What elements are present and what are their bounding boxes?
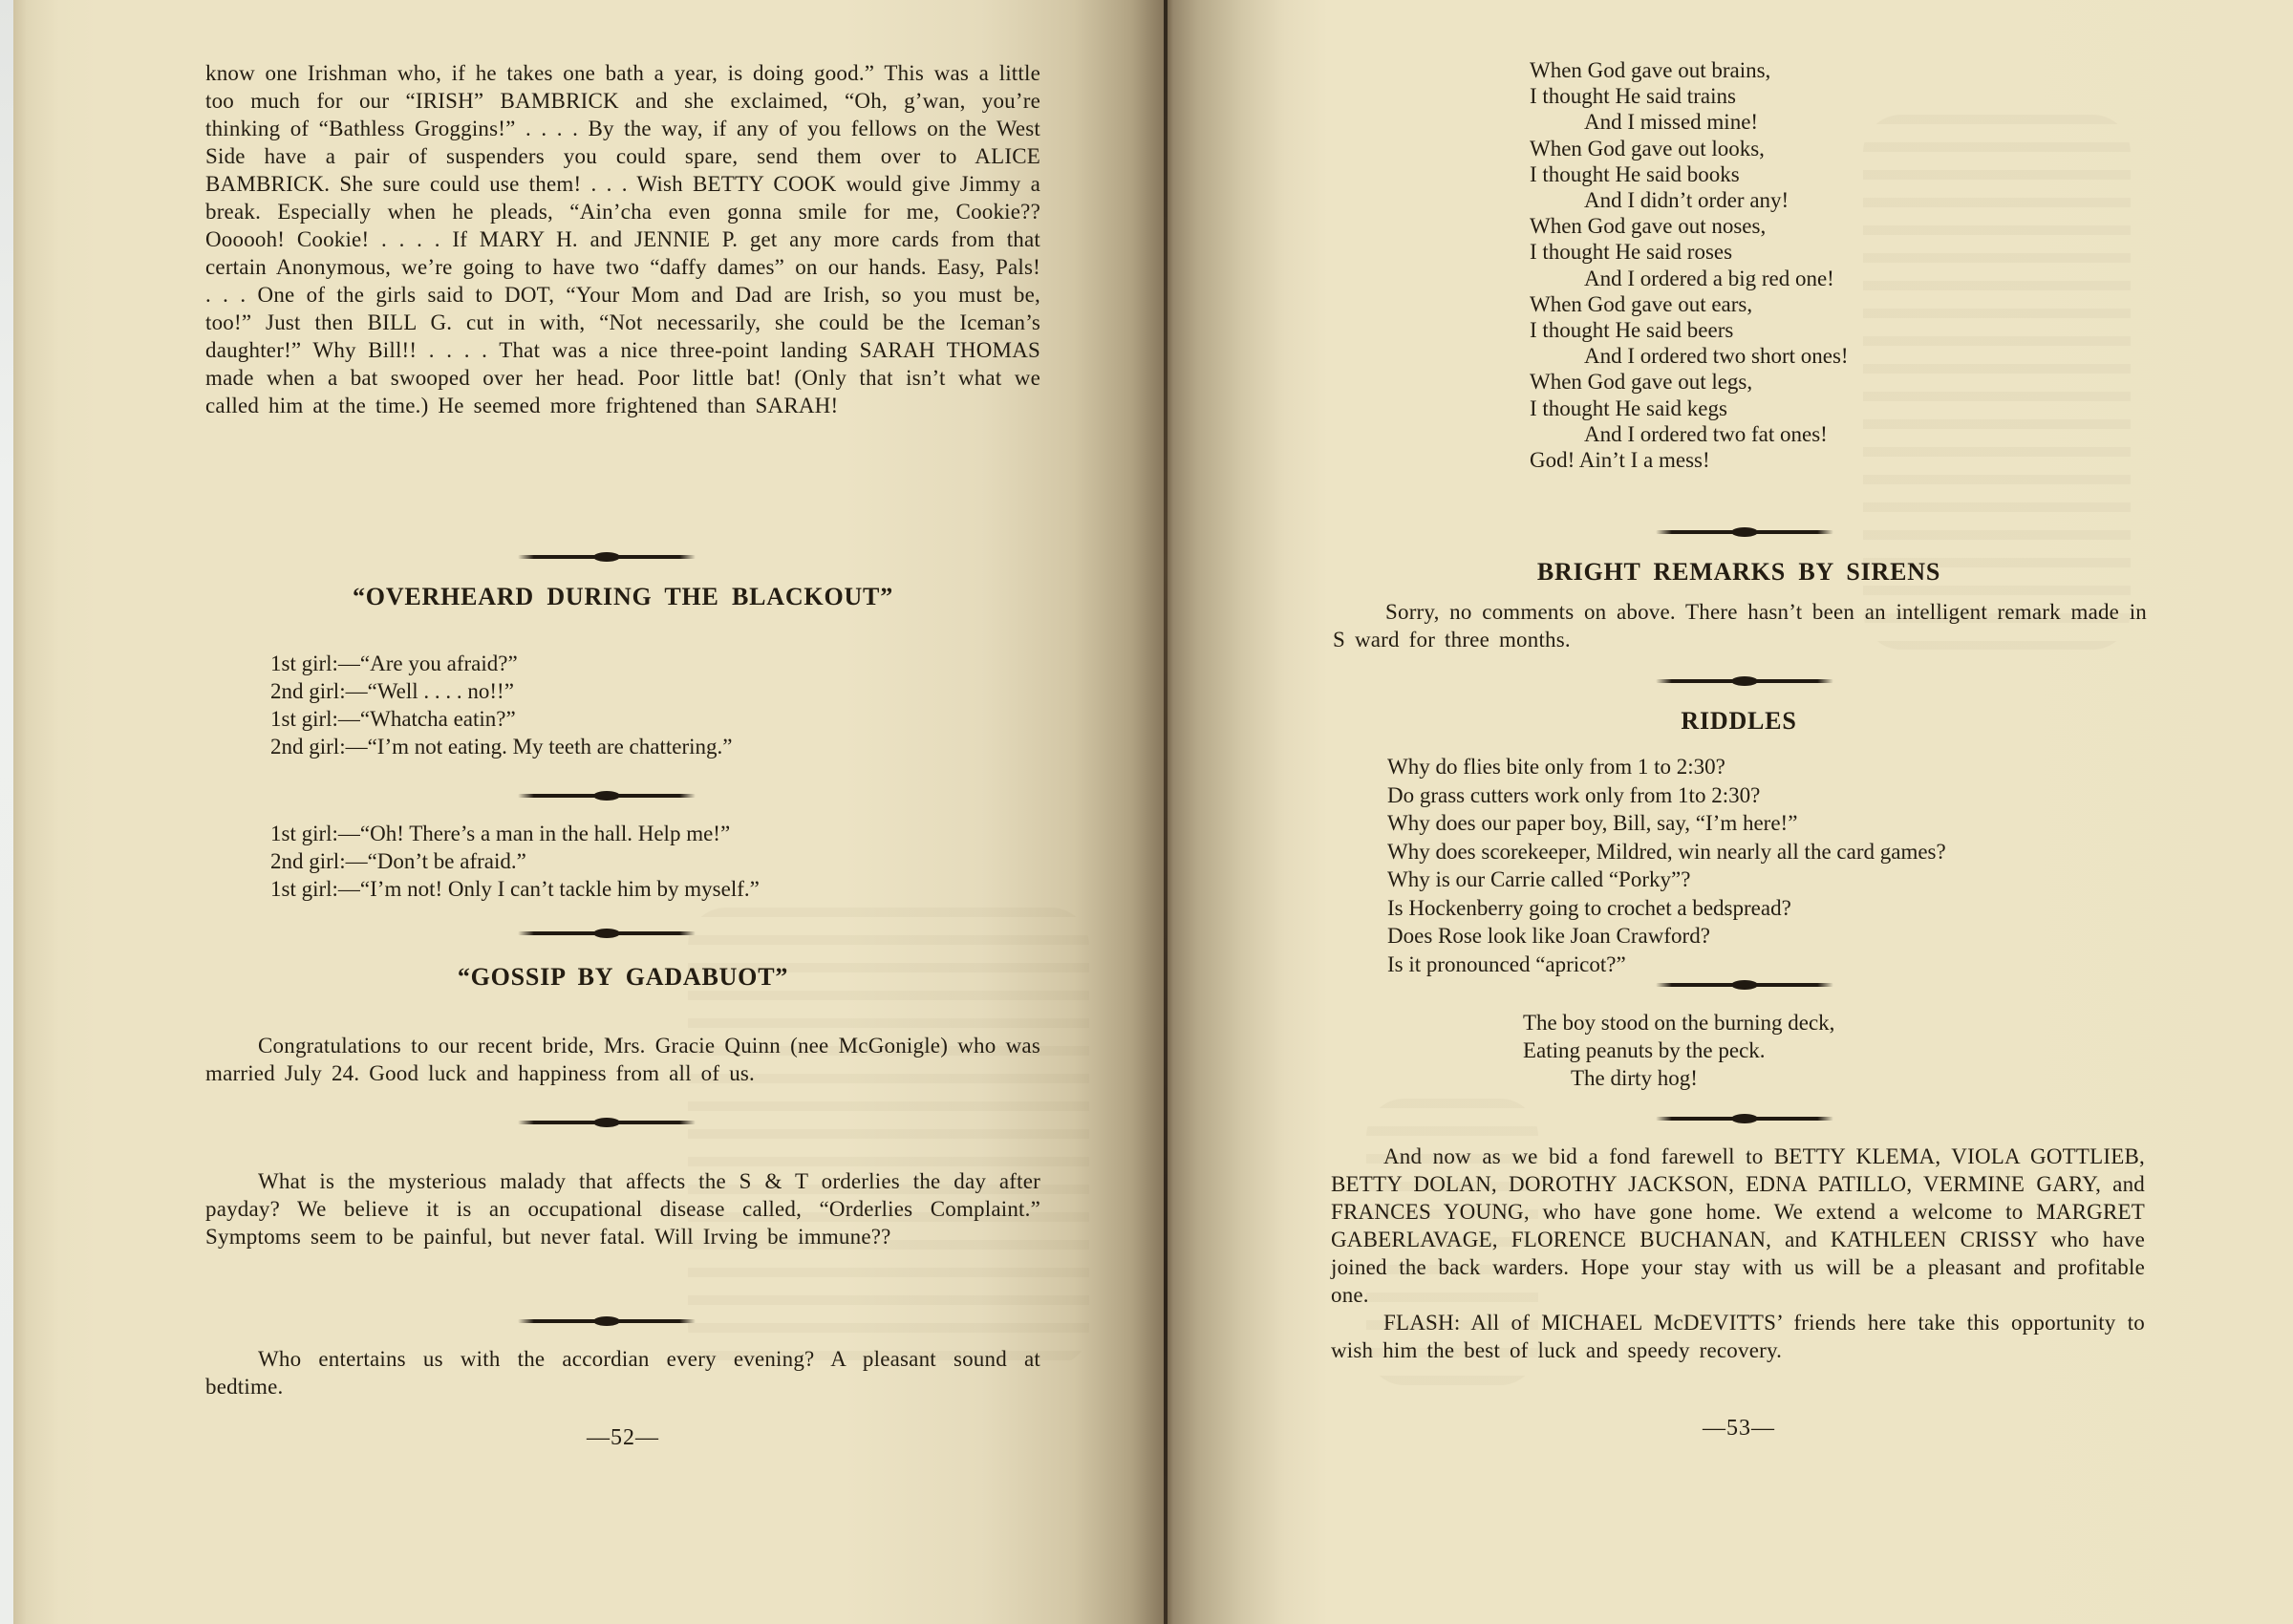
riddles-heading: RIDDLES — [1333, 707, 2145, 736]
gossip-paragraph: Congratulations to our recent bride, Mrs… — [205, 1032, 1040, 1087]
book-scan: know one Irishman who, if he takes one b… — [0, 0, 2293, 1624]
riddle-line: Does Rose look like Joan Crawford? — [1387, 922, 1946, 951]
section-divider — [518, 552, 696, 562]
blackout-dialogue-1: 1st girl:—“Are you afraid?”2nd girl:—“We… — [270, 650, 732, 760]
poem-line: I thought He said beers — [1530, 317, 1849, 343]
dialogue-line: 1st girl:—“Whatcha eatin?” — [270, 705, 732, 733]
section-divider — [1656, 1114, 1833, 1123]
poem-line: And I missed mine! — [1584, 109, 1849, 135]
riddle-line: Why is our Carrie called “Porky”? — [1387, 865, 1946, 894]
poem-line: I thought He said books — [1530, 161, 1849, 187]
section-divider — [518, 791, 696, 801]
riddle-line: Is Hockenberry going to crochet a bedspr… — [1387, 894, 1946, 923]
riddle-line: Do grass cutters work only from 1to 2:30… — [1387, 781, 1946, 810]
dialogue-line: 2nd girl:—“Don’t be afraid.” — [270, 847, 760, 875]
riddles-list: Why do flies bite only from 1 to 2:30?Do… — [1387, 753, 1946, 978]
poem-line: And I ordered two fat ones! — [1584, 421, 1849, 447]
book-gutter — [1164, 0, 1168, 1624]
dialogue-line: 2nd girl:—“Well . . . . no!!” — [270, 677, 732, 705]
riddle-line: Why do flies bite only from 1 to 2:30? — [1387, 753, 1946, 781]
flash-paragraph: FLASH: All of MICHAEL McDEVITTS’ friends… — [1331, 1309, 2145, 1364]
section-divider — [518, 929, 696, 938]
page-number-53: —53— — [1333, 1416, 2145, 1442]
scanner-edge — [0, 0, 13, 1624]
poem-line: I thought He said trains — [1530, 83, 1849, 109]
intro-paragraph: know one Irishman who, if he takes one b… — [205, 59, 1040, 419]
poem: When God gave out brains,I thought He sa… — [1530, 57, 1849, 473]
dialogue-line: 2nd girl:—“I’m not eating. My teeth are … — [270, 733, 732, 760]
burning-deck-verse: The boy stood on the burning deck,Eating… — [1523, 1009, 1834, 1092]
poem-line: I thought He said kegs — [1530, 395, 1849, 421]
dialogue-line: 1st girl:—“I’m not! Only I can’t tackle … — [270, 875, 760, 903]
poem-line: I thought He said roses — [1530, 239, 1849, 265]
poem-line: When God gave out looks, — [1530, 136, 1849, 161]
farewell-paragraph: And now as we bid a fond farewell to BET… — [1331, 1143, 2145, 1309]
sirens-paragraph: Sorry, no comments on above. There hasn’… — [1333, 598, 2147, 653]
poem-line: And I didn’t order any! — [1584, 187, 1849, 213]
poem-line: And I ordered two short ones! — [1584, 343, 1849, 369]
poem-line: When God gave out ears, — [1530, 291, 1849, 317]
section-divider — [518, 1118, 696, 1127]
section-divider — [1656, 676, 1833, 686]
verse-line: The dirty hog! — [1571, 1064, 1834, 1092]
section-divider — [518, 1316, 696, 1326]
poem-line: God! Ain’t I a mess! — [1530, 447, 1849, 473]
poem-line: When God gave out legs, — [1530, 369, 1849, 395]
sirens-heading: BRIGHT REMARKS BY SIRENS — [1333, 558, 2145, 587]
blackout-heading: “OVERHEARD DURING THE BLACKOUT” — [205, 583, 1040, 611]
orderlies-paragraph: What is the mysterious malady that affec… — [205, 1167, 1040, 1250]
dialogue-line: 1st girl:—“Oh! There’s a man in the hall… — [270, 820, 760, 847]
riddle-line: Why does our paper boy, Bill, say, “I’m … — [1387, 809, 1946, 838]
riddle-line: Why does scorekeeper, Mildred, win nearl… — [1387, 838, 1946, 866]
farewell-block: And now as we bid a fond farewell to BET… — [1331, 1143, 2145, 1364]
section-divider — [1656, 527, 1833, 537]
poem-line: And I ordered a big red one! — [1584, 266, 1849, 291]
dialogue-line: 1st girl:—“Are you afraid?” — [270, 650, 732, 677]
riddle-line: Is it pronounced “apricot?” — [1387, 951, 1946, 979]
gossip-heading: “GOSSIP BY GADABUOT” — [205, 963, 1040, 992]
poem-line: When God gave out noses, — [1530, 213, 1849, 239]
blackout-dialogue-2: 1st girl:—“Oh! There’s a man in the hall… — [270, 820, 760, 903]
page-number-52: —52— — [205, 1425, 1040, 1451]
verse-line: Eating peanuts by the peck. — [1523, 1036, 1834, 1064]
accordion-paragraph: Who entertains us with the accordian eve… — [205, 1345, 1040, 1400]
poem-line: When God gave out brains, — [1530, 57, 1849, 83]
section-divider — [1656, 980, 1833, 990]
verse-line: The boy stood on the burning deck, — [1523, 1009, 1834, 1036]
